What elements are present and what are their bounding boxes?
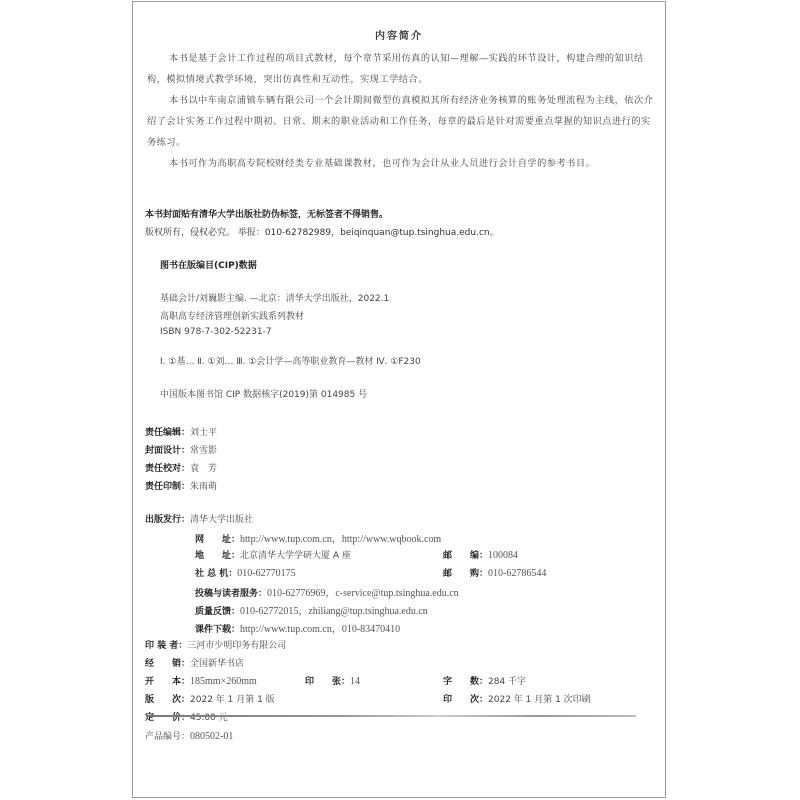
product-code-value: 080502-01 bbox=[190, 731, 233, 742]
edition-line: 版 次：2022 年 1 月第 1 版 bbox=[145, 692, 275, 705]
credit-editor: 责任编辑：刘士平 bbox=[145, 425, 217, 438]
words-value: 284 千字 bbox=[488, 677, 526, 687]
cip-isbn: ISBN 978-7-302-52231-7 bbox=[160, 327, 272, 337]
credit-label: 责任印制： bbox=[145, 482, 190, 492]
credit-value: 刘士平 bbox=[190, 428, 217, 438]
website-value: http://www.tup.com.cn，http://www.wqbook.… bbox=[240, 534, 441, 545]
cip-heading: 图书在版编目(CIP)数据 bbox=[160, 258, 257, 271]
intro-paragraph-2: 本书以中车南京浦镇车辆有限公司一个会计期间微型仿真模拟其所有经济业务核算的账务处… bbox=[147, 90, 655, 153]
printer-line: 印 装 者：三河市少明印务有限公司 bbox=[145, 638, 286, 651]
publisher-quality-feedback: 质量反馈：010-62772015，zhiliang@tup.tsinghua.… bbox=[195, 602, 428, 617]
publisher-postcode: 邮 编：100084 bbox=[443, 548, 518, 561]
impression-value: 2022 年 1 月第 1 次印刷 bbox=[488, 695, 591, 705]
format-label: 开 本： bbox=[145, 677, 190, 687]
address-value: 北京清华大学学研大厦 A 座 bbox=[240, 551, 351, 561]
courseware-label: 课件下载： bbox=[195, 625, 240, 635]
intro-paragraph-3: 本书可作为高职高专院校财经类专业基础课教材，也可作为会计从业人员进行会计自学的参… bbox=[147, 153, 655, 174]
mail-value: 010-62786544 bbox=[488, 568, 546, 579]
switchboard-label: 社 总 机： bbox=[195, 569, 237, 579]
postcode-label: 邮 编： bbox=[443, 551, 488, 561]
sheets-value: 14 bbox=[350, 676, 360, 687]
credit-proofreader: 责任校对：袁 芳 bbox=[145, 461, 217, 474]
switchboard-value: 010-62770175 bbox=[237, 568, 295, 579]
publisher-address: 地 址：北京清华大学学研大厦 A 座 bbox=[195, 548, 351, 561]
credit-value: 朱雨萌 bbox=[190, 482, 217, 492]
page-title: 内容简介 bbox=[133, 27, 665, 42]
credit-label: 责任校对： bbox=[145, 464, 190, 474]
credit-value: 袁 芳 bbox=[190, 464, 217, 474]
product-code-line: 产品编号：080502-01 bbox=[145, 729, 233, 742]
distributor-value: 全国新华书店 bbox=[190, 659, 244, 669]
cip-classification: Ⅰ. ①基… Ⅱ. ①刘… Ⅲ. ①会计学—高等职业教育—教材 Ⅳ. ①F230 bbox=[160, 354, 421, 367]
cip-record: 中国版本图书馆 CIP 数据核字(2019)第 014985 号 bbox=[160, 387, 367, 400]
publisher-name: 清华大学出版社 bbox=[190, 515, 253, 525]
sheets-line: 印 张：14 bbox=[305, 674, 360, 687]
word-count-line: 字 数：284 千字 bbox=[443, 674, 526, 687]
intro-text-1: 本书是基于会计工作过程的项目式教材，每个章节采用仿真的认知—理解—实践的环节设计… bbox=[147, 53, 644, 85]
impression-label: 印 次： bbox=[443, 695, 488, 705]
quality-label: 质量反馈： bbox=[195, 607, 240, 617]
mail-label: 邮 购： bbox=[443, 569, 488, 579]
publisher-mail-order: 邮 购：010-62786544 bbox=[443, 566, 546, 579]
address-label: 地 址： bbox=[195, 551, 240, 561]
format-value: 185mm×260mm bbox=[190, 676, 257, 687]
publisher-website: 网 址：http://www.tup.com.cn，http://www.wqb… bbox=[195, 530, 441, 545]
publisher-reader-service: 投稿与读者服务：010-62776969，c-service@tup.tsing… bbox=[195, 584, 459, 599]
credit-printing: 责任印制：朱雨萌 bbox=[145, 479, 217, 492]
intro-paragraph-1: 本书是基于会计工作过程的项目式教材，每个章节采用仿真的认知—理解—实践的环节设计… bbox=[147, 48, 655, 90]
quality-value: 010-62772015，zhiliang@tup.tsinghua.edu.c… bbox=[240, 606, 428, 617]
copyright-notice: 版权所有，侵权必究。 举报：010-62782989，beiqinquan@tu… bbox=[145, 225, 499, 238]
printer-value: 三河市少明印务有限公司 bbox=[187, 641, 286, 651]
edition-label: 版 次： bbox=[145, 695, 190, 705]
distributor-line: 经 销：全国新华书店 bbox=[145, 656, 244, 669]
publisher-label: 出版发行： bbox=[145, 515, 190, 525]
service-value: 010-62776969，c-service@tup.tsinghua.edu.… bbox=[267, 588, 459, 599]
cip-line-2: 高职高专经济管理创新实践系列教材 bbox=[160, 309, 304, 322]
printer-label: 印 装 者： bbox=[145, 641, 187, 651]
edition-value: 2022 年 1 月第 1 版 bbox=[190, 695, 275, 705]
publisher-line: 出版发行：清华大学出版社 bbox=[145, 512, 253, 525]
product-code-label: 产品编号： bbox=[145, 732, 190, 742]
publisher-switchboard: 社 总 机：010-62770175 bbox=[195, 566, 296, 579]
intro-text-2: 本书以中车南京浦镇车辆有限公司一个会计期间微型仿真模拟其所有经济业务核算的账务处… bbox=[147, 95, 653, 148]
postcode-value: 100084 bbox=[488, 550, 518, 561]
service-label: 投稿与读者服务： bbox=[195, 589, 267, 599]
publisher-courseware: 课件下载：http://www.tup.com.cn，010-83470410 bbox=[195, 620, 400, 635]
sheets-label: 印 张： bbox=[305, 677, 350, 687]
copyright-page: 内容简介 本书是基于会计工作过程的项目式教材，每个章节采用仿真的认知—理解—实践… bbox=[132, 1, 666, 798]
cip-line-1: 基础会计/刘巍影主编. —北京：清华大学出版社，2022.1 bbox=[160, 291, 389, 304]
credit-cover-design: 封面设计：常雪影 bbox=[145, 443, 217, 456]
intro-text-3: 本书可作为高职高专院校财经类专业基础课教材，也可作为会计从业人员进行会计自学的参… bbox=[169, 158, 595, 169]
credit-label: 封面设计： bbox=[145, 446, 190, 456]
website-label: 网 址： bbox=[195, 535, 240, 545]
courseware-value: http://www.tup.com.cn，010-83470410 bbox=[240, 624, 400, 635]
format-line: 开 本：185mm×260mm bbox=[145, 674, 257, 687]
impression-line: 印 次：2022 年 1 月第 1 次印刷 bbox=[443, 692, 591, 705]
words-label: 字 数： bbox=[443, 677, 488, 687]
credit-value: 常雪影 bbox=[190, 446, 217, 456]
distributor-label: 经 销： bbox=[145, 659, 190, 669]
credit-label: 责任编辑： bbox=[145, 428, 190, 438]
anti-counterfeit-notice: 本书封面贴有清华大学出版社防伪标签，无标签者不得销售。 bbox=[145, 207, 388, 220]
section-divider bbox=[146, 715, 636, 717]
